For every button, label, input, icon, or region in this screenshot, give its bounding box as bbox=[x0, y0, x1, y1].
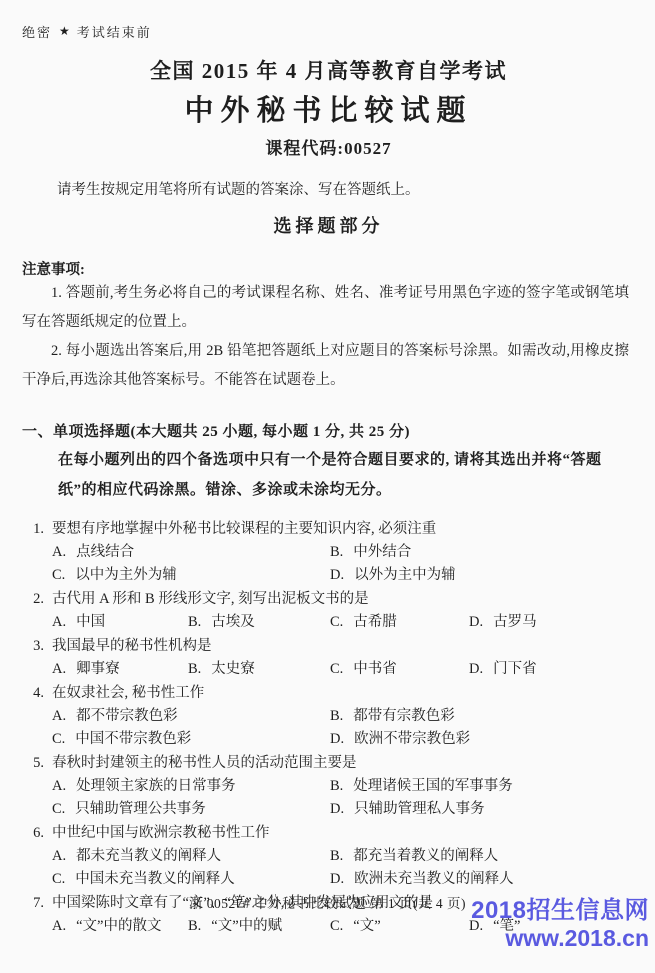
option-d: D.欧洲不带宗教色彩 bbox=[330, 728, 629, 751]
option-label: A. bbox=[52, 541, 66, 564]
option-text: “文”中的散文 bbox=[76, 915, 161, 938]
option-d: D.门下省 bbox=[469, 658, 629, 681]
general-instruction: 请考生按规定用笔将所有试题的答案涂、写在答题纸上。 bbox=[28, 178, 629, 199]
watermark-line2: www.2018.cn bbox=[471, 925, 649, 951]
option-label: C. bbox=[52, 728, 65, 751]
question-number: 2. bbox=[28, 588, 44, 611]
note-item-2: 2. 每小题选出答案后,用 2B 铅笔把答题纸上对应题目的答案标号涂黑。如需改动… bbox=[22, 337, 629, 395]
option-text: 都带有宗教色彩 bbox=[353, 705, 455, 728]
option-a: A.“文”中的散文 bbox=[52, 915, 188, 938]
option-c: C.“文” bbox=[330, 915, 469, 938]
option-c: C.以中为主外为辅 bbox=[52, 564, 330, 587]
option-c: C.只辅助管理公共事务 bbox=[52, 798, 330, 821]
option-text: 古埃及 bbox=[211, 611, 255, 634]
exam-title: 全国 2015 年 4 月高等教育自学考试 bbox=[28, 55, 629, 85]
question-stem: 中世纪中国与欧洲宗教秘书性工作 bbox=[52, 822, 270, 845]
option-text: 以外为主中为辅 bbox=[354, 564, 456, 587]
option-b: B.古埃及 bbox=[188, 611, 330, 634]
option-text: 只辅助管理公共事务 bbox=[75, 798, 206, 821]
question-number: 4. bbox=[28, 682, 44, 705]
question-stem: 我国最早的秘书性机构是 bbox=[52, 635, 212, 658]
question-item-2: 2. 古代用 A 形和 B 形线形文字, 刻写出泥板文书的是 A.中国 B.古埃… bbox=[28, 588, 629, 634]
star-icon: ★ bbox=[59, 24, 70, 39]
option-label: C. bbox=[330, 611, 343, 634]
security-line: 绝密 ★ 考试结束前 bbox=[22, 22, 629, 41]
option-text: 中国不带宗教色彩 bbox=[75, 728, 191, 751]
question-options: A.都未充当教义的阐释人 B.都充当着教义的阐释人 C.中国未充当教义的阐释人 … bbox=[52, 845, 629, 891]
option-a: A.点线结合 bbox=[52, 541, 330, 564]
option-label: D. bbox=[330, 564, 344, 587]
question-stem: 古代用 A 形和 B 形线形文字, 刻写出泥板文书的是 bbox=[52, 588, 369, 611]
section-heading: 选择题部分 bbox=[28, 212, 629, 238]
option-text: 门下省 bbox=[493, 658, 537, 681]
option-label: D. bbox=[330, 798, 344, 821]
question-item-5: 5. 春秋时封建领主的秘书性人员的活动范围主要是 A.处理领主家族的日常事务 B… bbox=[28, 752, 629, 821]
option-text: 中外结合 bbox=[353, 541, 411, 564]
option-text: 古罗马 bbox=[493, 611, 537, 634]
option-label: C. bbox=[52, 564, 65, 587]
option-label: A. bbox=[52, 915, 66, 938]
notes-title: 注意事项: bbox=[22, 258, 629, 279]
option-b: B.处理诸候王国的军事事务 bbox=[330, 775, 629, 798]
option-text: 中国未充当教义的阐释人 bbox=[75, 868, 235, 891]
question-item-4: 4. 在奴隶社会, 秘书性工作 A.都不带宗教色彩 B.都带有宗教色彩 C.中国… bbox=[28, 682, 629, 751]
option-c: C.中国不带宗教色彩 bbox=[52, 728, 330, 751]
option-label: B. bbox=[188, 611, 201, 634]
question-options: A.卿事寮 B.太史寮 C.中书省 D.门下省 bbox=[52, 658, 629, 681]
option-label: B. bbox=[188, 915, 201, 938]
option-a: A.中国 bbox=[52, 611, 188, 634]
option-text: 中书省 bbox=[353, 658, 397, 681]
part-one-instruction-line2: 纸”的相应代码涂黑。错涂、多涂或未涂均无分。 bbox=[58, 475, 629, 505]
option-text: 以中为主外为辅 bbox=[75, 564, 177, 587]
course-code: 课程代码:00527 bbox=[28, 134, 629, 159]
option-text: 欧洲未充当教义的阐释人 bbox=[354, 868, 514, 891]
question-item-1: 1. 要想有序地掌握中外秘书比较课程的主要知识内容, 必须注重 A.点线结合 B… bbox=[28, 518, 629, 587]
option-label: A. bbox=[52, 611, 66, 634]
question-number: 6. bbox=[28, 822, 44, 845]
option-label: B. bbox=[188, 658, 201, 681]
question-item-3: 3. 我国最早的秘书性机构是 A.卿事寮 B.太史寮 C.中书省 D.门下省 bbox=[28, 635, 629, 681]
option-c: C.中国未充当教义的阐释人 bbox=[52, 868, 330, 891]
option-text: 都未充当教义的阐释人 bbox=[76, 845, 221, 868]
option-a: A.处理领主家族的日常事务 bbox=[52, 775, 330, 798]
question-list: 1. 要想有序地掌握中外秘书比较课程的主要知识内容, 必须注重 A.点线结合 B… bbox=[28, 518, 629, 938]
note-item-1: 1. 答题前,考生务必将自己的考试课程名称、姓名、准考证号用黑色字迹的签字笔或钢… bbox=[22, 279, 629, 337]
option-a: A.卿事寮 bbox=[52, 658, 188, 681]
option-label: B. bbox=[330, 845, 343, 868]
option-text: 都充当着教义的阐释人 bbox=[353, 845, 498, 868]
option-d: D.只辅助管理私人事务 bbox=[330, 798, 629, 821]
option-text: 点线结合 bbox=[76, 541, 134, 564]
option-a: A.都未充当教义的阐释人 bbox=[52, 845, 330, 868]
option-label: B. bbox=[330, 541, 343, 564]
option-text: “文” bbox=[353, 915, 380, 938]
part-one-heading: 一、单项选择题(本大题共 25 小题, 每小题 1 分, 共 25 分) bbox=[22, 420, 629, 441]
option-text: 只辅助管理私人事务 bbox=[354, 798, 485, 821]
option-b: B.中外结合 bbox=[330, 541, 629, 564]
option-label: D. bbox=[330, 728, 344, 751]
option-label: C. bbox=[52, 868, 65, 891]
option-text: 欧洲不带宗教色彩 bbox=[354, 728, 470, 751]
option-label: A. bbox=[52, 705, 66, 728]
option-label: D. bbox=[330, 868, 344, 891]
option-label: A. bbox=[52, 658, 66, 681]
option-label: B. bbox=[330, 775, 343, 798]
option-text: 都不带宗教色彩 bbox=[76, 705, 178, 728]
question-options: A.都不带宗教色彩 B.都带有宗教色彩 C.中国不带宗教色彩 D.欧洲不带宗教色… bbox=[52, 705, 629, 751]
option-d: D.古罗马 bbox=[469, 611, 629, 634]
option-text: 古希腊 bbox=[353, 611, 397, 634]
option-b: B.太史寮 bbox=[188, 658, 330, 681]
classification-label: 绝密 bbox=[22, 22, 52, 41]
option-label: C. bbox=[330, 658, 343, 681]
option-label: D. bbox=[469, 611, 483, 634]
part-one-instruction: 在每小题列出的四个备选项中只有一个是符合题目要求的, 请将其选出并将“答题 纸”… bbox=[58, 445, 629, 505]
option-b: B.“文”中的赋 bbox=[188, 915, 330, 938]
watermark: 2018招生信息网 www.2018.cn bbox=[471, 897, 649, 951]
option-label: A. bbox=[52, 845, 66, 868]
option-label: D. bbox=[469, 658, 483, 681]
option-c: C.古希腊 bbox=[330, 611, 469, 634]
timing-notice-label: 考试结束前 bbox=[77, 22, 152, 41]
option-text: “文”中的赋 bbox=[211, 915, 282, 938]
option-b: B.都带有宗教色彩 bbox=[330, 705, 629, 728]
question-number: 3. bbox=[28, 635, 44, 658]
question-item-6: 6. 中世纪中国与欧洲宗教秘书性工作 A.都未充当教义的阐释人 B.都充当着教义… bbox=[28, 822, 629, 891]
option-text: 卿事寮 bbox=[76, 658, 120, 681]
option-label: C. bbox=[330, 915, 343, 938]
question-stem: 要想有序地掌握中外秘书比较课程的主要知识内容, 必须注重 bbox=[52, 518, 436, 541]
option-b: B.都充当着教义的阐释人 bbox=[330, 845, 629, 868]
option-c: C.中书省 bbox=[330, 658, 469, 681]
paper-title: 中外秘书比较试题 bbox=[28, 88, 629, 129]
question-number: 1. bbox=[28, 518, 44, 541]
option-text: 太史寮 bbox=[211, 658, 255, 681]
option-d: D.欧洲未充当教义的阐释人 bbox=[330, 868, 629, 891]
question-number: 5. bbox=[28, 752, 44, 775]
option-d: D.以外为主中为辅 bbox=[330, 564, 629, 587]
option-text: 中国 bbox=[76, 611, 105, 634]
exam-paper-page: 绝密 ★ 考试结束前 全国 2015 年 4 月高等教育自学考试 中外秘书比较试… bbox=[0, 0, 655, 973]
option-a: A.都不带宗教色彩 bbox=[52, 705, 330, 728]
question-stem: 春秋时封建领主的秘书性人员的活动范围主要是 bbox=[52, 752, 357, 775]
question-options: A.处理领主家族的日常事务 B.处理诸候王国的军事事务 C.只辅助管理公共事务 … bbox=[52, 775, 629, 821]
question-options: A.点线结合 B.中外结合 C.以中为主外为辅 D.以外为主中为辅 bbox=[52, 541, 629, 587]
option-label: A. bbox=[52, 775, 66, 798]
part-one-instruction-line1: 在每小题列出的四个备选项中只有一个是符合题目要求的, 请将其选出并将“答题 bbox=[58, 445, 629, 475]
option-text: 处理诸候王国的军事事务 bbox=[353, 775, 513, 798]
question-stem: 在奴隶社会, 秘书性工作 bbox=[52, 682, 204, 705]
option-label: B. bbox=[330, 705, 343, 728]
option-text: 处理领主家族的日常事务 bbox=[76, 775, 236, 798]
question-options: A.中国 B.古埃及 C.古希腊 D.古罗马 bbox=[52, 611, 629, 634]
watermark-line1: 2018招生信息网 bbox=[471, 897, 649, 925]
option-label: C. bbox=[52, 798, 65, 821]
